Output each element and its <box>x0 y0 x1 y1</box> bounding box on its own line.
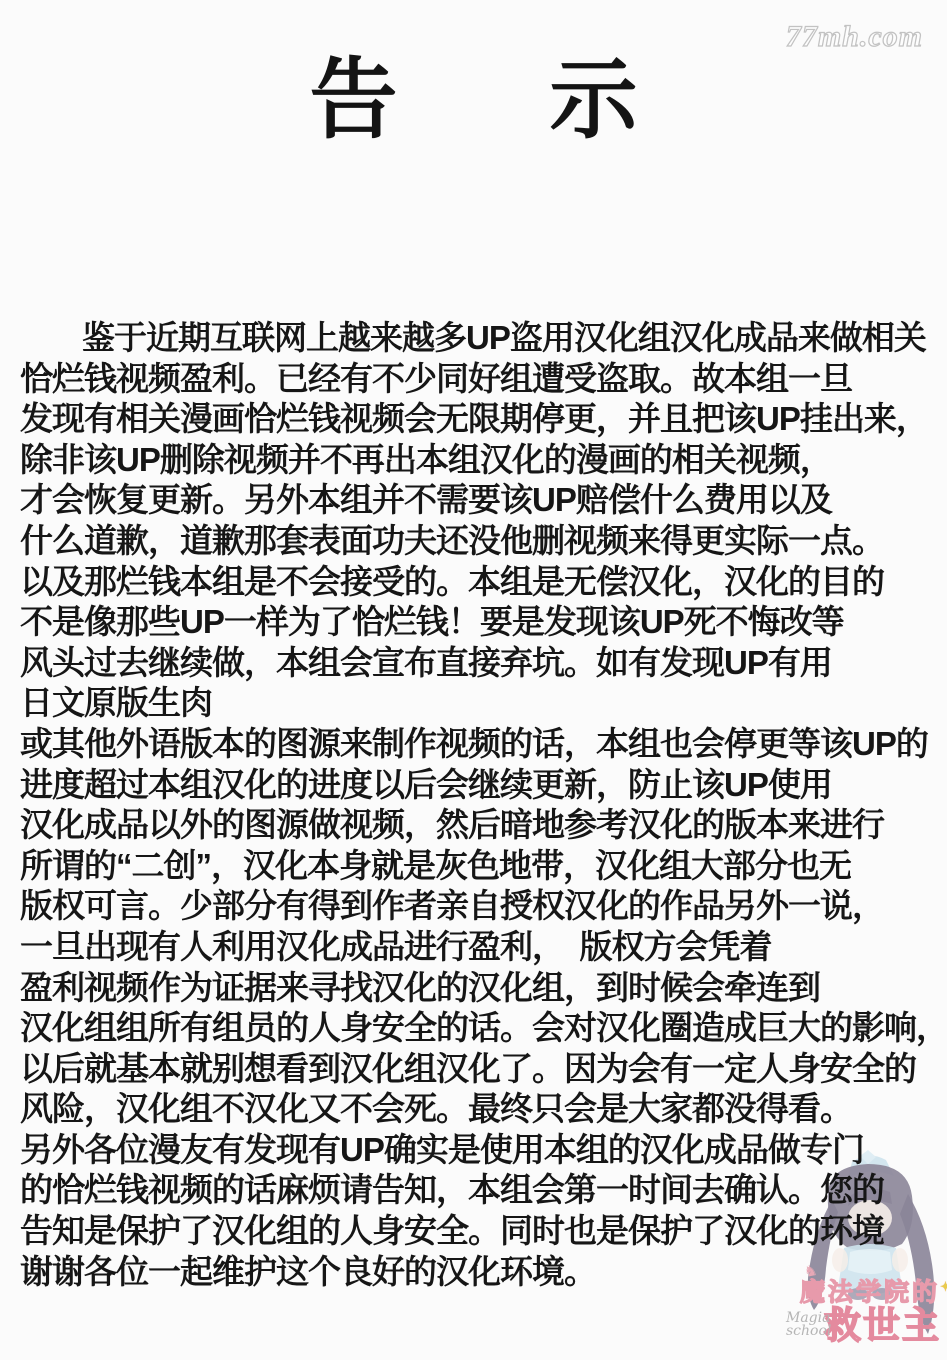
notice-line: 日文原版生肉 <box>20 683 935 724</box>
notice-line: 除非该UP删除视频并不再出本组汉化的漫画的相关视频， <box>20 440 935 481</box>
notice-line: 风头过去继续做，本组会宣布直接弃坑。如有发现UP有用 <box>20 643 935 684</box>
notice-line: 盈利视频作为证据来寻找汉化的汉化组，到时候会牵连到 <box>20 968 935 1009</box>
logo-title-line1: 魔法学院的✦ <box>800 1280 947 1305</box>
notice-line: 或其他外语版本的图源来制作视频的话，本组也会停更等该UP的 <box>20 724 935 765</box>
page-title-char-2: 示 <box>550 56 638 144</box>
notice-line: 另外各位漫友有发现有UP确实是使用本组的汉化成品做专门 <box>20 1130 935 1171</box>
notice-page: 77mh.com 告 示 鉴于近期互联网上越来越多UP盗用汉化组汉化成品来做相关… <box>0 0 947 1360</box>
notice-line: 才会恢复更新。另外本组并不需要该UP赔偿什么费用以及 <box>20 480 935 521</box>
notice-line: 鉴于近期互联网上越来越多UP盗用汉化组汉化成品来做相关 <box>20 318 935 359</box>
logo-title-line2: 救世主 <box>824 1307 947 1344</box>
notice-line: 的恰烂钱视频的话麻烦请告知，本组会第一时间去确认。您的 <box>20 1170 935 1211</box>
logo-doodle-icon: ♞ <box>803 1263 819 1280</box>
notice-line: 以及那烂钱本组是不会接受的。本组是无偿汉化，汉化的目的 <box>20 562 935 603</box>
notice-line: 风险，汉化组不汉化又不会死。最终只会是大家都没得看。 <box>20 1089 935 1130</box>
page-title-char-1: 告 <box>309 56 397 144</box>
notice-line: 恰烂钱视频盈利。已经有不少同好组遭受盗取。故本组一旦 <box>20 359 935 400</box>
page-title: 告 示 <box>0 56 947 144</box>
notice-line: 版权可言。少部分有得到作者亲自授权汉化的作品另外一说， <box>20 886 935 927</box>
notice-line: 所谓的“二创”，汉化本身就是灰色地带，汉化组大部分也无 <box>20 846 935 887</box>
notice-line: 进度超过本组汉化的进度以后会继续更新，防止该UP使用 <box>20 765 935 806</box>
notice-line: 什么道歉，道歉那套表面功夫还没他删视频来得更实际一点。 <box>20 521 935 562</box>
notice-line: 告知是保护了汉化组的人身安全。同时也是保护了汉化的环境 <box>20 1211 935 1252</box>
site-watermark: 77mh.com <box>786 20 923 54</box>
sparkle-icon: ✦ <box>940 1279 947 1294</box>
logo-title-line1-text: 魔法学院的 <box>800 1278 940 1306</box>
notice-line: 一旦出现有人利用汉化成品进行盈利， 版权方会凭着 <box>20 927 935 968</box>
scanlation-group-logo: ♞ 魔法学院的✦ 救世主 Magia school <box>772 1280 947 1344</box>
notice-line: 以后就基本就别想看到汉化组汉化了。因为会有一定人身安全的 <box>20 1049 935 1090</box>
notice-line: 汉化成品以外的图源做视频，然后暗地参考汉化的版本来进行 <box>20 805 935 846</box>
logo-subtitle-latin: Magia school <box>786 1312 831 1338</box>
notice-line: 不是像那些UP一样为了恰烂钱！要是发现该UP死不悔改等 <box>20 602 935 643</box>
notice-line: 汉化组组所有组员的人身安全的话。会对汉化圈造成巨大的影响， <box>20 1008 935 1049</box>
notice-line: 发现有相关漫画恰烂钱视频会无限期停更，并且把该UP挂出来， <box>20 399 935 440</box>
notice-body: 鉴于近期互联网上越来越多UP盗用汉化组汉化成品来做相关 恰烂钱视频盈利。已经有不… <box>20 318 935 1292</box>
